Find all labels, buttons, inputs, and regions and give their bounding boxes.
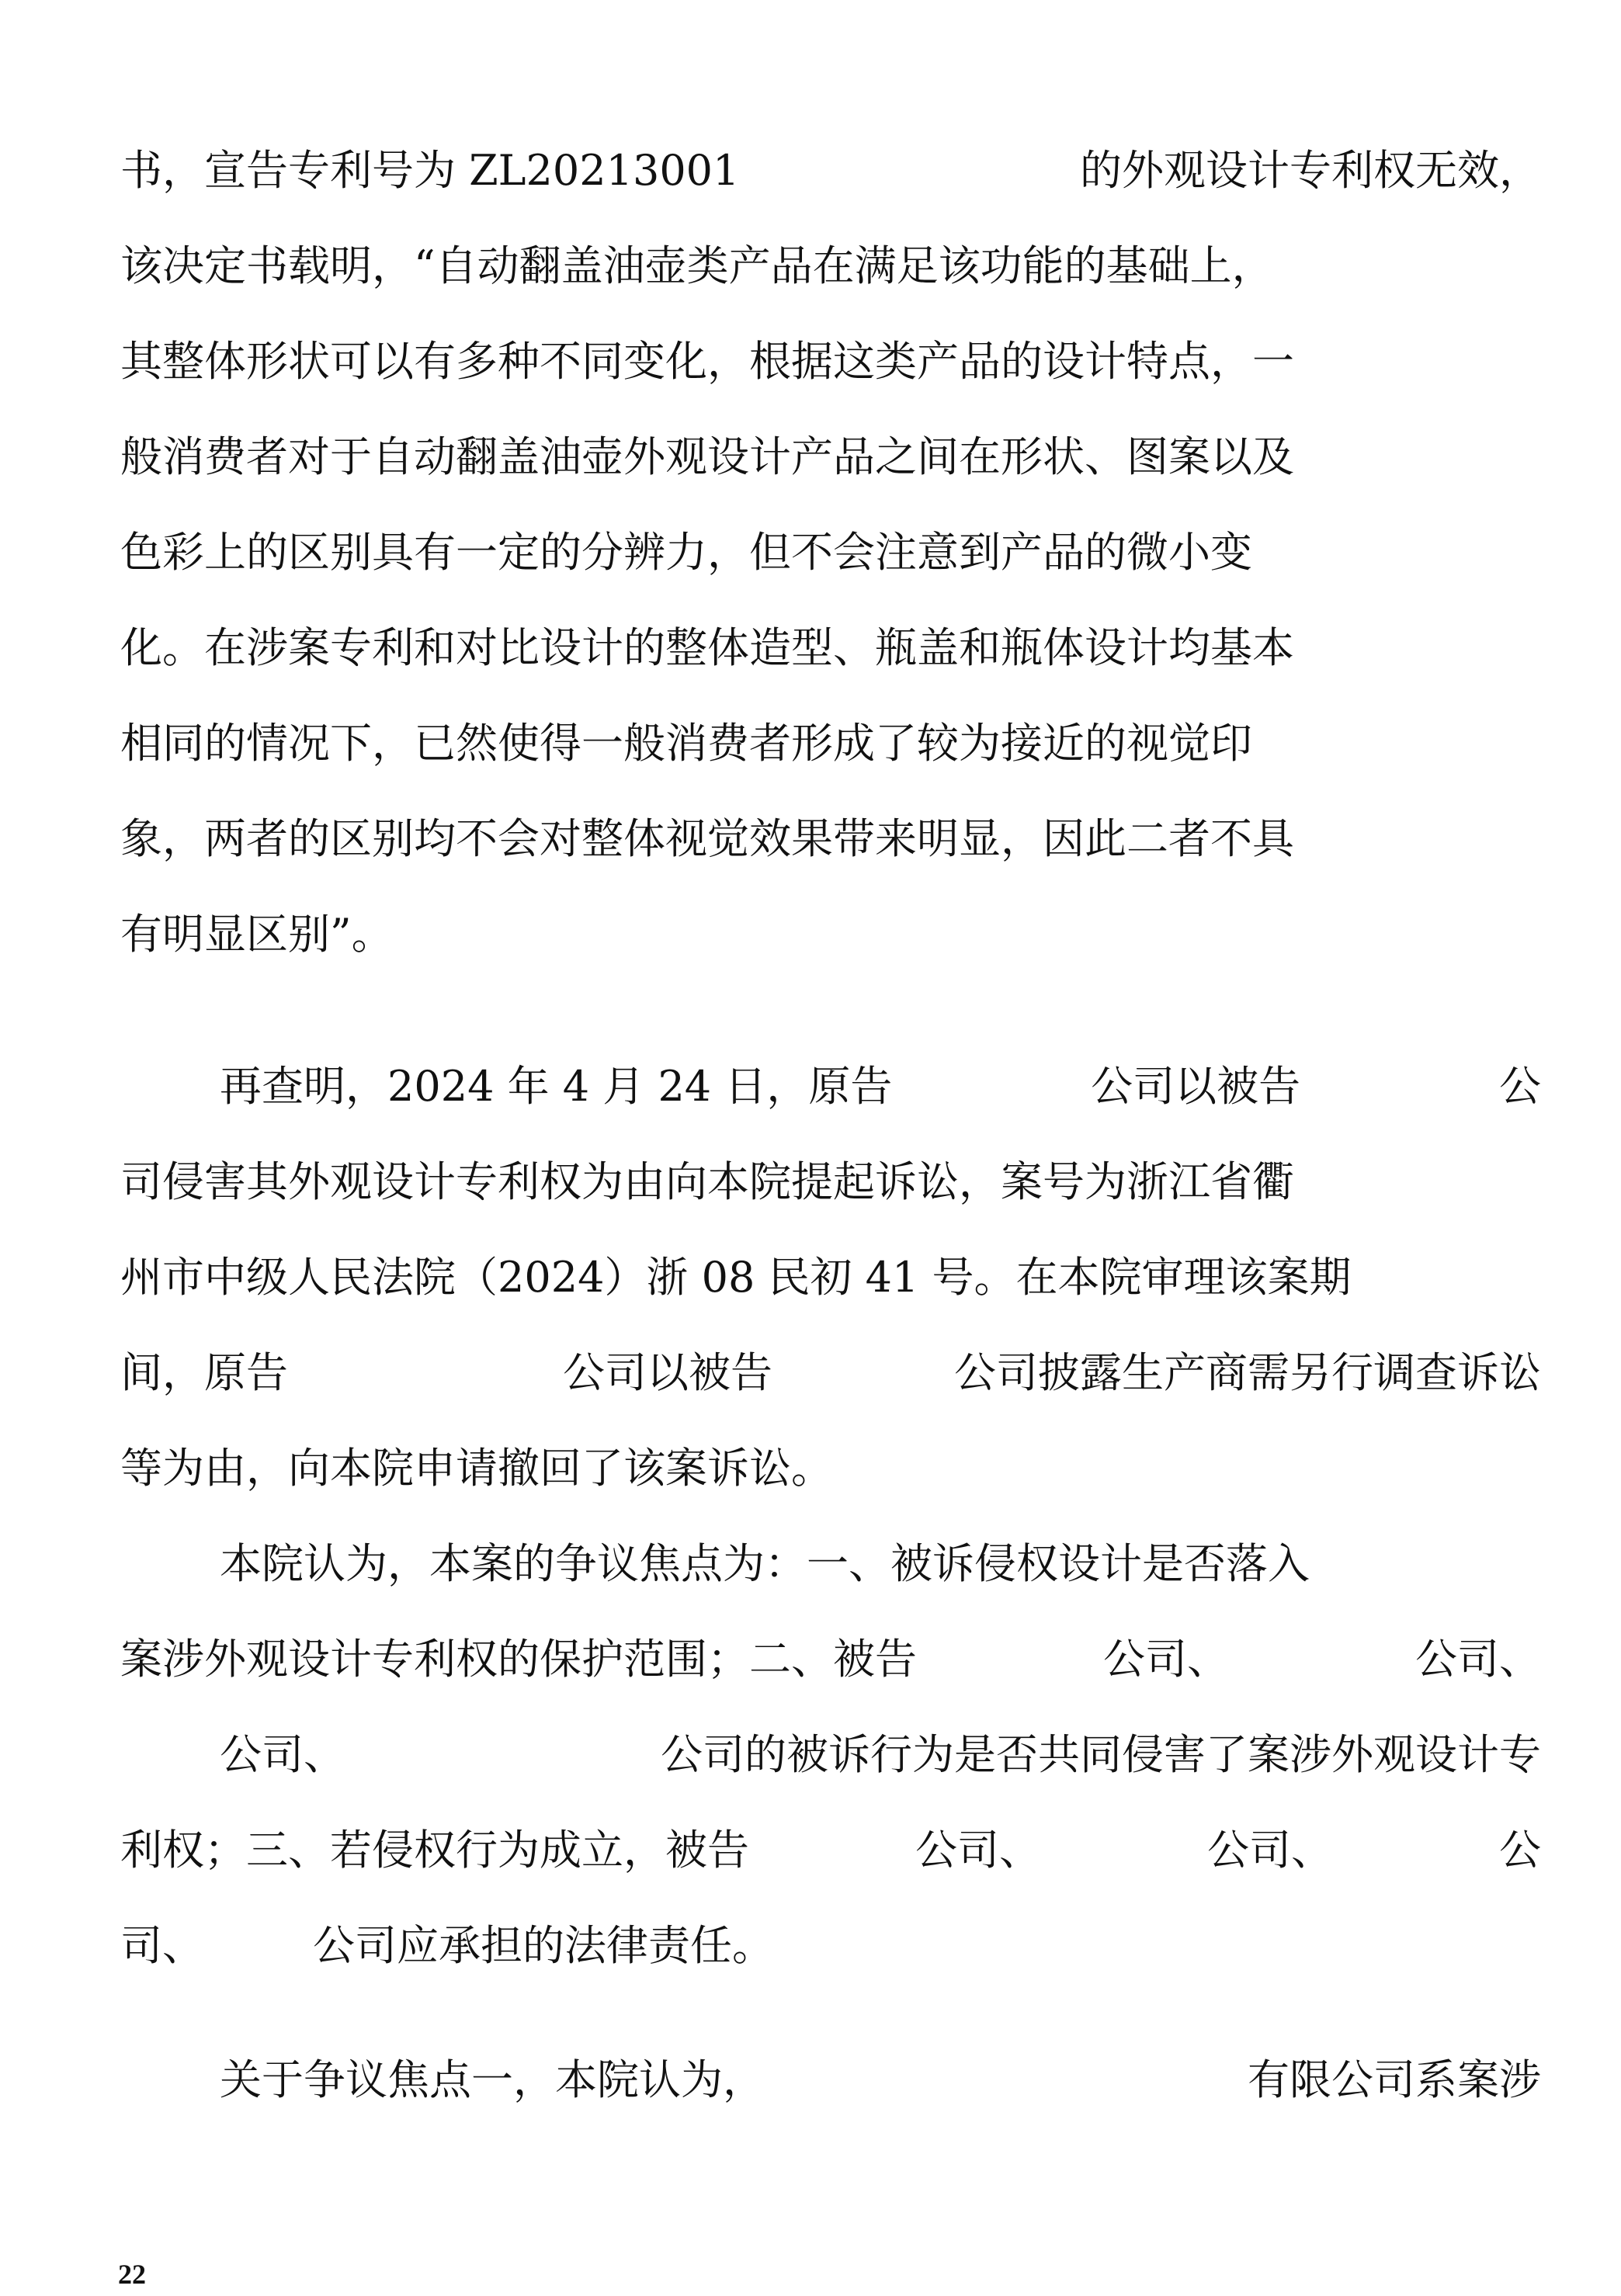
text-segment: 等为由，向本院申请撤回了该案诉讼。 (120, 1438, 833, 1500)
text-segment: 公司、 (1415, 1628, 1541, 1691)
text-segment: 公司、 (220, 1724, 345, 1786)
text-segment: 公司以被告 (1091, 1056, 1300, 1118)
text-line: 再查明，2024 年 4 月 24 日，原告 公司以被告 公 (220, 1056, 1541, 1118)
text-line: 等为由，向本院申请撤回了该案诉讼。 (120, 1438, 1541, 1500)
text-segment: 化。在涉案专利和对比设计的整体造型、瓶盖和瓶体设计均基本 (120, 617, 1294, 679)
text-segment: 相同的情况下，已然使得一般消费者形成了较为接近的视觉印 (120, 713, 1252, 775)
text-line: 该决定书载明，“自动翻盖油壶类产品在满足该功能的基础上， (120, 235, 1541, 297)
text-segment: 公司、 (1207, 1819, 1333, 1882)
text-segment: 书，宣告专利号为 ZL20213001 (120, 140, 739, 202)
text-line: 象，两者的区别均不会对整体视觉效果带来明显，因此二者不具 (120, 808, 1541, 870)
text-segment: 州市中级人民法院（2024）浙 08 民初 41 号。在本院审理该案期 (120, 1247, 1352, 1309)
text-line: 案涉外观设计专利权的保护范围；二、被告 公司、 公司、 (120, 1628, 1541, 1691)
text-line: 色彩上的区别具有一定的分辨力，但不会注意到产品的微小变 (120, 522, 1541, 584)
text-line: 本院认为，本案的争议焦点为：一、被诉侵权设计是否落入 (220, 1533, 1541, 1595)
text-line: 利权；三、若侵权行为成立，被告 公司、 公司、 公 (120, 1819, 1541, 1882)
text-line: 相同的情况下，已然使得一般消费者形成了较为接近的视觉印 (120, 713, 1541, 775)
text-segment: 公司、 (1103, 1628, 1229, 1691)
text-line: 州市中级人民法院（2024）浙 08 民初 41 号。在本院审理该案期 (120, 1247, 1541, 1309)
text-line: 有明显区别”。 (120, 903, 1541, 966)
text-segment: 公司披露生产商需另行调查诉讼 (954, 1342, 1541, 1404)
text-segment: 公司、 (915, 1819, 1041, 1882)
text-segment: 间，原告 (120, 1342, 288, 1404)
text-segment: 关于争议焦点一，本院认为， (220, 2049, 765, 2111)
text-segment: 公司的被诉行为是否共同侵害了案涉外观设计专 (661, 1724, 1541, 1786)
text-line: 关于争议焦点一，本院认为， 有限公司系案涉 (220, 2049, 1541, 2111)
text-segment: 公司应承担的法律责任。 (313, 1915, 774, 1977)
text-segment: 利权；三、若侵权行为成立，被告 (120, 1819, 749, 1882)
text-segment: 司侵害其外观设计专利权为由向本院提起诉讼，案号为浙江省衢 (120, 1151, 1294, 1213)
text-segment: 公 (1499, 1056, 1541, 1118)
text-segment: 其整体形状可以有多种不同变化，根据这类产品的设计特点，一 (120, 331, 1294, 393)
text-segment: 本院认为，本案的争议焦点为：一、被诉侵权设计是否落入 (220, 1533, 1310, 1595)
text-line: 般消费者对于自动翻盖油壶外观设计产品之间在形状、图案以及 (120, 426, 1541, 488)
document-page: 书，宣告专利号为 ZL20213001 的外观设计专利权无效， 该决定书载明，“… (0, 0, 1621, 2296)
text-segment: 般消费者对于自动翻盖油壶外观设计产品之间在形状、图案以及 (120, 426, 1294, 488)
text-line: 书，宣告专利号为 ZL20213001 的外观设计专利权无效， (120, 140, 1541, 202)
text-segment: 该决定书载明，“自动翻盖油壶类产品在满足该功能的基础上， (120, 235, 1274, 297)
text-segment: 的外观设计专利权无效， (1080, 140, 1541, 202)
text-segment: 司、 (120, 1915, 204, 1977)
text-line: 化。在涉案专利和对比设计的整体造型、瓶盖和瓶体设计均基本 (120, 617, 1541, 679)
text-line: 其整体形状可以有多种不同变化，根据这类产品的设计特点，一 (120, 331, 1541, 393)
text-segment: 公 (1499, 1819, 1541, 1882)
text-line: 司、 公司应承担的法律责任。 (120, 1915, 1541, 1977)
text-line: 司侵害其外观设计专利权为由向本院提起诉讼，案号为浙江省衢 (120, 1151, 1541, 1213)
text-segment: 有明显区别”。 (120, 903, 394, 966)
text-segment: 案涉外观设计专利权的保护范围；二、被告 (120, 1628, 917, 1691)
text-segment: 色彩上的区别具有一定的分辨力，但不会注意到产品的微小变 (120, 522, 1252, 584)
text-segment: 有限公司系案涉 (1248, 2049, 1541, 2111)
text-segment: 再查明，2024 年 4 月 24 日，原告 (220, 1056, 892, 1118)
text-segment: 公司以被告 (563, 1342, 772, 1404)
page-number: 22 (118, 2259, 146, 2290)
text-segment: 象，两者的区别均不会对整体视觉效果带来明显，因此二者不具 (120, 808, 1294, 870)
text-line: 公司、 公司的被诉行为是否共同侵害了案涉外观设计专 (220, 1724, 1541, 1786)
text-line: 间，原告 公司以被告 公司披露生产商需另行调查诉讼 (120, 1342, 1541, 1404)
